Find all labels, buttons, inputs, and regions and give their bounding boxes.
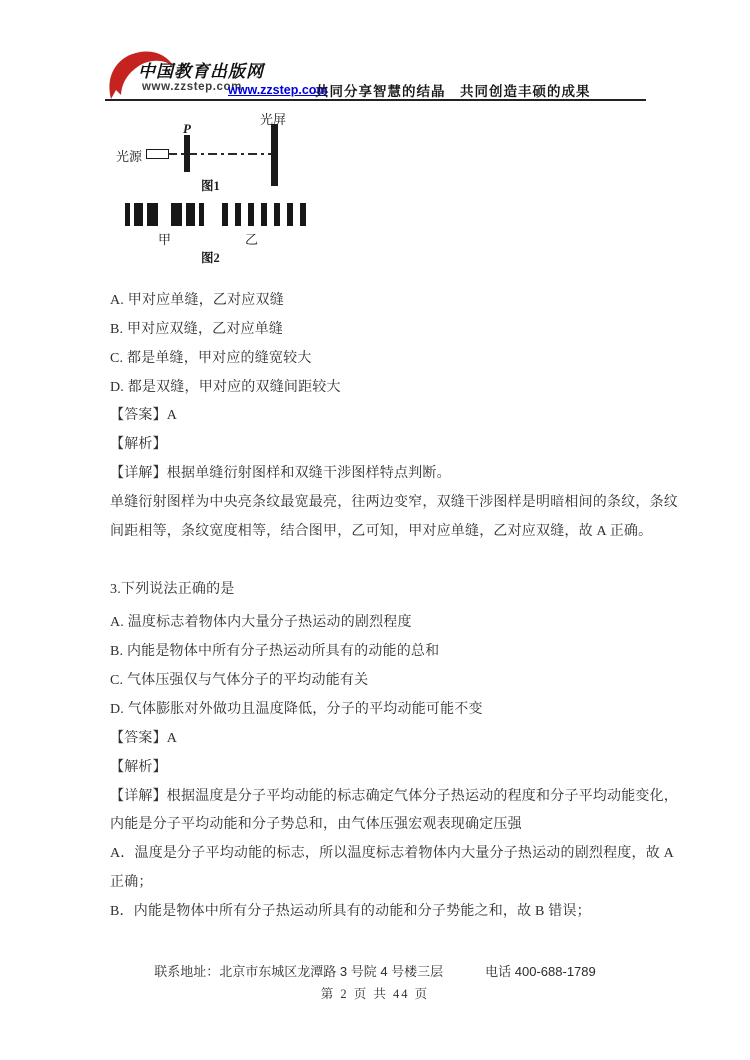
footer-address: 联系地址：北京市东城区龙潭路 3 号院 4 号楼三层	[154, 964, 443, 979]
q2-detail-line: 单缝衍射图样为中央亮条纹最宽最亮，往两边变窄，双缝干涉图样是明暗相间的条纹，条纹	[110, 491, 678, 511]
figure2-caption: 图2	[201, 248, 220, 266]
header-tagline: 共同分享智慧的结晶 共同创造丰硕的成果	[315, 80, 591, 100]
light-source-shape	[146, 149, 169, 159]
q2-option-c: C. 都是单缝，甲对应的缝宽较大	[110, 347, 312, 367]
header-divider	[105, 99, 646, 101]
q2-answer: 【答案】A	[110, 404, 177, 424]
q2-option-b: B. 甲对应双缝，乙对应单缝	[110, 318, 283, 338]
q3-answer: 【答案】A	[110, 727, 177, 747]
document-page: 中国教育出版网 www.zzstep.com www.zzstep.com 共同…	[0, 0, 750, 1060]
q3-option-a: A. 温度标志着物体内大量分子热运动的剧烈程度	[110, 611, 412, 631]
page-number: 第 2 页 共 44 页	[0, 984, 750, 1002]
screen-shape	[271, 124, 278, 186]
q2-detail-line: 间距相等，条纹宽度相等，结合图甲，乙可知，甲对应单缝，乙对应双缝，故 A 正确。	[110, 520, 652, 540]
pattern-jia	[125, 203, 204, 226]
pattern-yi	[222, 203, 306, 226]
q3-detail-line: 【详解】根据温度是分子平均动能的标志确定气体分子热运动的程度和分子平均动能变化，	[110, 785, 678, 805]
pattern-yi-label: 乙	[245, 229, 258, 248]
q3-option-d: D. 气体膨胀对外做功且温度降低，分子的平均动能可能不变	[110, 698, 483, 718]
q3-detail-line: A．温度是分子平均动能的标志，所以温度标志着物体内大量分子热运动的剧烈程度，故 …	[110, 842, 674, 862]
q3-option-c: C. 气体压强仅与气体分子的平均动能有关	[110, 669, 368, 689]
slit-plate-shape	[184, 135, 190, 172]
q2-option-a: A. 甲对应单缝，乙对应双缝	[110, 289, 284, 309]
q2-detail-line: 【详解】根据单缝衍射图样和双缝干涉图样特点判断。	[110, 462, 451, 482]
source-label: 光源	[116, 146, 142, 165]
q3-detail-line: B．内能是物体中所有分子热运动所具有的动能和分子势能之和，故 B 错误；	[110, 900, 591, 920]
q2-analysis-label: 【解析】	[110, 433, 167, 453]
q2-option-d: D. 都是双缝，甲对应的双缝间距较大	[110, 376, 341, 396]
q3-detail-line: 正确；	[110, 871, 153, 891]
figure1-caption: 图1	[201, 176, 220, 194]
footer-contact: 联系地址：北京市东城区龙潭路 3 号院 4 号楼三层电话 400-688-178…	[0, 961, 750, 980]
brand-url: www.zzstep.com	[142, 81, 242, 93]
q3-analysis-label: 【解析】	[110, 756, 167, 776]
q3-option-b: B. 内能是物体中所有分子热运动所具有的动能的总和	[110, 640, 439, 660]
q3-detail-line: 内能是分子平均动能和分子势总和，由气体压强宏观表现确定压强	[110, 813, 522, 833]
site-link[interactable]: www.zzstep.com	[228, 83, 328, 97]
footer-phone: 电话 400-688-1789	[485, 964, 596, 979]
pattern-jia-label: 甲	[158, 229, 171, 248]
brand-title: 中国教育出版网	[138, 57, 264, 82]
q3-title: 3.下列说法正确的是	[110, 578, 235, 598]
